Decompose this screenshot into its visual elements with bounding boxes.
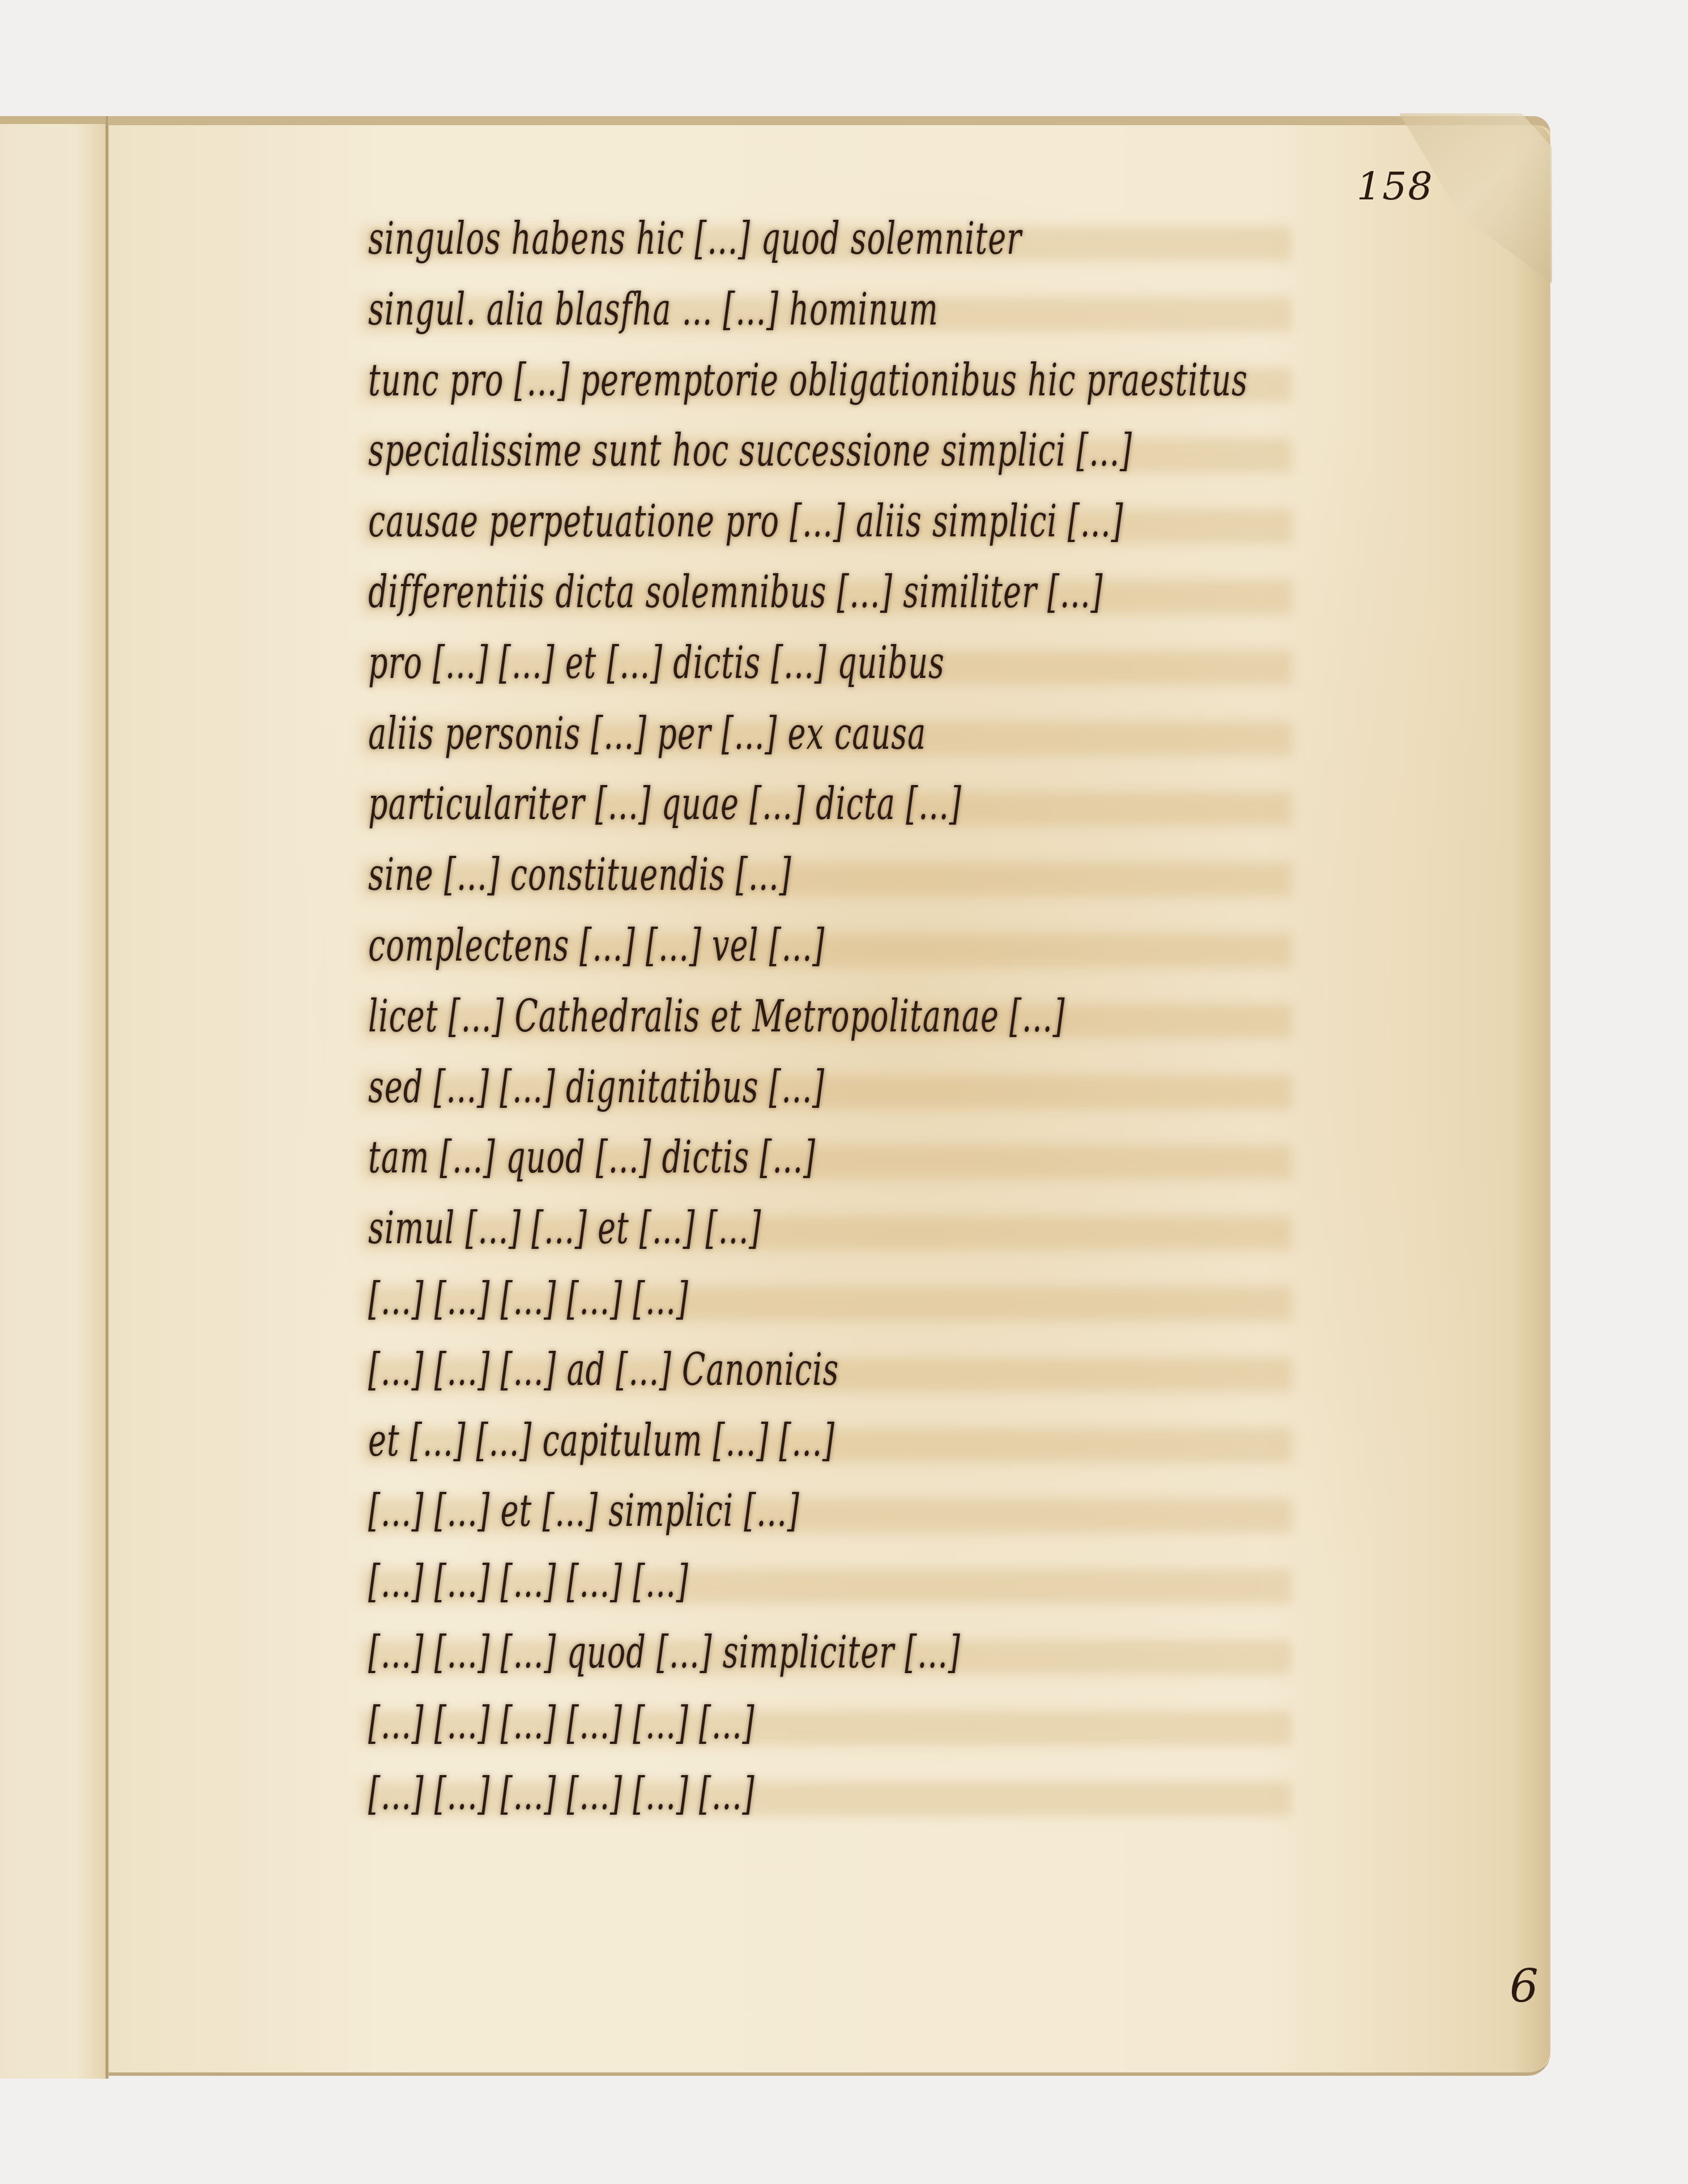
left-page: [0, 116, 108, 2079]
text-line: [...] [...] [...] [...] [...] [...]: [368, 1759, 1286, 1830]
leaf-number: 6: [1510, 1960, 1538, 2012]
manuscript-text-block: singulos habens hic [...] quod solemnite…: [368, 204, 1286, 1829]
folio-number: 158: [1357, 164, 1434, 209]
page-edge-shadow: [1511, 125, 1550, 2072]
